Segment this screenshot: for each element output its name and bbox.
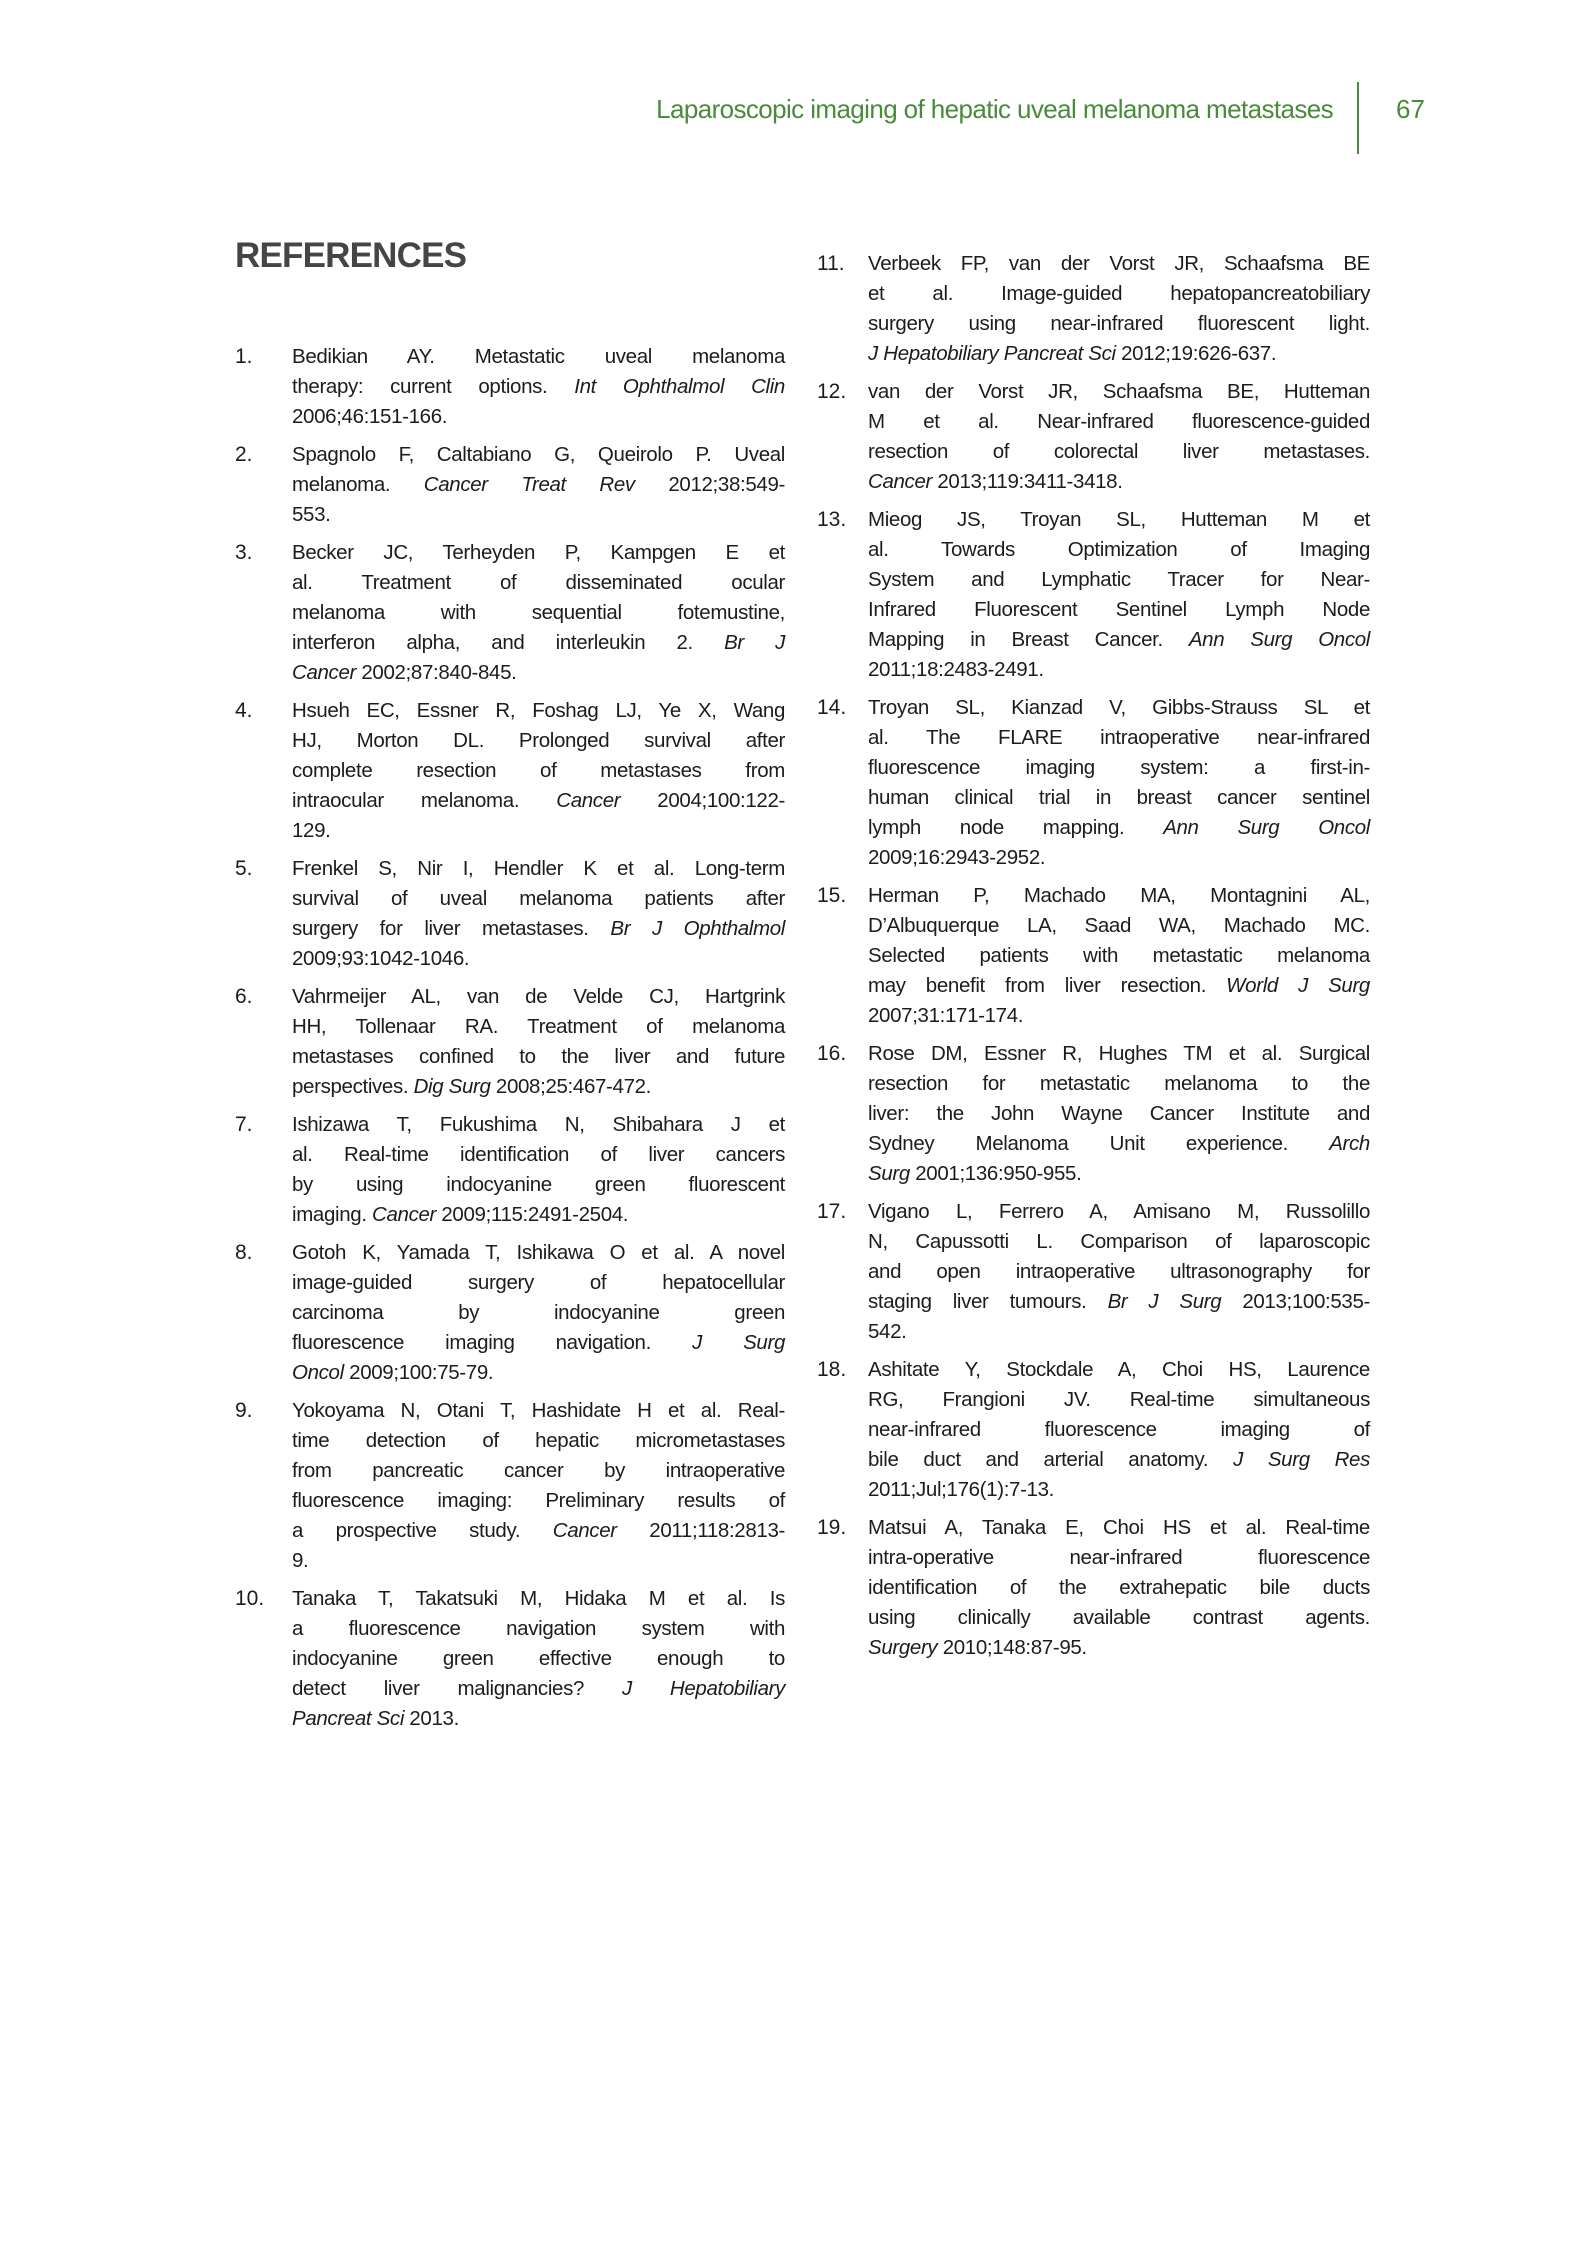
reference-item: 18.Ashitate Y, Stockdale A, Choi HS, Lau… xyxy=(817,1355,1367,1505)
reference-line: Mieog JS, Troyan SL, Hutteman M et xyxy=(868,505,1370,535)
reference-line: therapy: current options. Int Ophthalmol… xyxy=(292,372,785,402)
reference-line: may benefit from liver resection. World … xyxy=(868,971,1370,1001)
reference-segment: al. Real-time identification of liver ca… xyxy=(292,1143,785,1166)
reference-segment: al. Towards Optimization of Imaging xyxy=(868,538,1370,561)
reference-segment: resection of colorectal liver metastases… xyxy=(868,440,1370,463)
reference-line: 9. xyxy=(292,1546,785,1576)
reference-item: 8.Gotoh K, Yamada T, Ishikawa O et al. A… xyxy=(235,1238,785,1388)
reference-number: 13. xyxy=(817,505,846,535)
reference-line: Infrared Fluorescent Sentinel Lymph Node xyxy=(868,595,1370,625)
reference-text: Matsui A, Tanaka E, Choi HS et al. Real-… xyxy=(868,1513,1370,1663)
reference-line: Herman P, Machado MA, Montagnini AL, xyxy=(868,881,1370,911)
reference-item: 1.Bedikian AY. Metastatic uveal melanoma… xyxy=(235,342,785,432)
reference-segment: Troyan SL, Kianzad V, Gibbs-Strauss SL e… xyxy=(868,696,1370,719)
reference-segment: Hsueh EC, Essner R, Foshag LJ, Ye X, Wan… xyxy=(292,699,785,722)
reference-line: detect liver malignancies? J Hepatobilia… xyxy=(292,1674,785,1704)
reference-segment: 2001;136:950-955. xyxy=(910,1162,1082,1185)
reference-item: 2.Spagnolo F, Caltabiano G, Queirolo P. … xyxy=(235,440,785,530)
reference-text: Vigano L, Ferrero A, Amisano M, Russolil… xyxy=(868,1197,1370,1347)
reference-line: 2009;93:1042-1046. xyxy=(292,944,785,974)
reference-number: 6. xyxy=(235,982,253,1012)
reference-segment: 2013. xyxy=(404,1707,459,1730)
reference-segment: HJ, Morton DL. Prolonged survival after xyxy=(292,729,785,752)
reference-item: 15.Herman P, Machado MA, Montagnini AL,D… xyxy=(817,881,1367,1031)
reference-text: Bedikian AY. Metastatic uveal melanomath… xyxy=(292,342,785,432)
reference-segment: staging liver tumours. xyxy=(868,1290,1108,1313)
journal-name: Cancer xyxy=(868,470,932,493)
reference-line: 2011;18:2483-2491. xyxy=(868,655,1370,685)
reference-line: interferon alpha, and interleukin 2. Br … xyxy=(292,628,785,658)
reference-line: intraocular melanoma. Cancer 2004;100:12… xyxy=(292,786,785,816)
reference-segment: a prospective study. xyxy=(292,1519,553,1542)
reference-line: Verbeek FP, van der Vorst JR, Schaafsma … xyxy=(868,249,1370,279)
reference-segment: Herman P, Machado MA, Montagnini AL, xyxy=(868,884,1370,907)
reference-segment: liver: the John Wayne Cancer Institute a… xyxy=(868,1102,1370,1125)
references-column-left: 1.Bedikian AY. Metastatic uveal melanoma… xyxy=(235,342,785,1742)
reference-segment: Vigano L, Ferrero A, Amisano M, Russolil… xyxy=(868,1200,1370,1223)
reference-line: lymph node mapping. Ann Surg Oncol xyxy=(868,813,1370,843)
reference-line: Becker JC, Terheyden P, Kampgen E et xyxy=(292,538,785,568)
reference-segment: 2009;16:2943-2952. xyxy=(868,846,1045,869)
reference-segment: indocyanine green effective enough to xyxy=(292,1647,785,1670)
reference-text: Yokoyama N, Otani T, Hashidate H et al. … xyxy=(292,1396,785,1576)
reference-segment: Selected patients with metastatic melano… xyxy=(868,944,1370,967)
reference-line: liver: the John Wayne Cancer Institute a… xyxy=(868,1099,1370,1129)
reference-line: D’Albuquerque LA, Saad WA, Machado MC. xyxy=(868,911,1370,941)
reference-line: resection for metastatic melanoma to the xyxy=(868,1069,1370,1099)
reference-text: Becker JC, Terheyden P, Kampgen E etal. … xyxy=(292,538,785,688)
reference-line: Matsui A, Tanaka E, Choi HS et al. Real-… xyxy=(868,1513,1370,1543)
reference-segment: Ishizawa T, Fukushima N, Shibahara J et xyxy=(292,1113,785,1136)
reference-text: Herman P, Machado MA, Montagnini AL,D’Al… xyxy=(868,881,1370,1031)
reference-line: System and Lymphatic Tracer for Near- xyxy=(868,565,1370,595)
reference-line: human clinical trial in breast cancer se… xyxy=(868,783,1370,813)
reference-segment: 2011;118:2813- xyxy=(617,1519,785,1542)
reference-line: from pancreatic cancer by intraoperative xyxy=(292,1456,785,1486)
reference-line: Bedikian AY. Metastatic uveal melanoma xyxy=(292,342,785,372)
reference-segment: 2012;38:549- xyxy=(635,473,785,496)
reference-line: complete resection of metastases from xyxy=(292,756,785,786)
journal-name: J Surg xyxy=(692,1331,785,1354)
reference-number: 11. xyxy=(817,249,845,279)
reference-item: 10.Tanaka T, Takatsuki M, Hidaka M et al… xyxy=(235,1584,785,1734)
reference-line: Surg 2001;136:950-955. xyxy=(868,1159,1370,1189)
reference-segment: identification of the extrahepatic bile … xyxy=(868,1576,1370,1599)
journal-name: Cancer Treat Rev xyxy=(424,473,635,496)
reference-item: 4.Hsueh EC, Essner R, Foshag LJ, Ye X, W… xyxy=(235,696,785,846)
reference-text: Troyan SL, Kianzad V, Gibbs-Strauss SL e… xyxy=(868,693,1370,873)
reference-segment: using clinically available contrast agen… xyxy=(868,1606,1370,1629)
reference-line: HJ, Morton DL. Prolonged survival after xyxy=(292,726,785,756)
reference-segment: RG, Frangioni JV. Real-time simultaneous xyxy=(868,1388,1370,1411)
reference-segment: 129. xyxy=(292,819,331,842)
reference-line: Frenkel S, Nir I, Hendler K et al. Long-… xyxy=(292,854,785,884)
reference-segment: Infrared Fluorescent Sentinel Lymph Node xyxy=(868,598,1370,621)
reference-segment: al. Treatment of disseminated ocular xyxy=(292,571,785,594)
reference-number: 7. xyxy=(235,1110,253,1140)
journal-name: Surg xyxy=(868,1162,910,1185)
reference-segment: and open intraoperative ultrasonography … xyxy=(868,1260,1370,1283)
reference-segment: from pancreatic cancer by intraoperative xyxy=(292,1459,785,1482)
reference-line: surgery for liver metastases. Br J Ophth… xyxy=(292,914,785,944)
reference-line: metastases confined to the liver and fut… xyxy=(292,1042,785,1072)
page-number: 67 xyxy=(1396,92,1425,126)
journal-name: Surgery xyxy=(868,1636,937,1659)
reference-line: HH, Tollenaar RA. Treatment of melanoma xyxy=(292,1012,785,1042)
reference-line: image-guided surgery of hepatocellular xyxy=(292,1268,785,1298)
reference-text: Mieog JS, Troyan SL, Hutteman M etal. To… xyxy=(868,505,1370,685)
reference-text: Verbeek FP, van der Vorst JR, Schaafsma … xyxy=(868,249,1370,369)
reference-line: bile duct and arterial anatomy. J Surg R… xyxy=(868,1445,1370,1475)
reference-segment: van der Vorst JR, Schaafsma BE, Hutteman xyxy=(868,380,1370,403)
reference-text: Rose DM, Essner R, Hughes TM et al. Surg… xyxy=(868,1039,1370,1189)
reference-line: Sydney Melanoma Unit experience. Arch xyxy=(868,1129,1370,1159)
references-column-right: 11.Verbeek FP, van der Vorst JR, Schaafs… xyxy=(817,249,1367,1671)
reference-segment: carcinoma by indocyanine green xyxy=(292,1301,785,1324)
reference-line: 553. xyxy=(292,500,785,530)
reference-segment: Bedikian AY. Metastatic uveal melanoma xyxy=(292,345,785,368)
reference-segment: M et al. Near-infrared fluorescence-guid… xyxy=(868,410,1370,433)
reference-segment: survival of uveal melanoma patients afte… xyxy=(292,887,785,910)
reference-line: al. The FLARE intraoperative near-infrar… xyxy=(868,723,1370,753)
reference-segment: Vahrmeijer AL, van de Velde CJ, Hartgrin… xyxy=(292,985,785,1008)
reference-segment: 2012;19:626-637. xyxy=(1116,342,1276,365)
reference-segment: Spagnolo F, Caltabiano G, Queirolo P. Uv… xyxy=(292,443,785,466)
reference-item: 9.Yokoyama N, Otani T, Hashidate H et al… xyxy=(235,1396,785,1576)
reference-segment: Mieog JS, Troyan SL, Hutteman M et xyxy=(868,508,1370,531)
reference-item: 5.Frenkel S, Nir I, Hendler K et al. Lon… xyxy=(235,854,785,974)
reference-segment: intra-operative near-infrared fluorescen… xyxy=(868,1546,1370,1569)
reference-line: al. Towards Optimization of Imaging xyxy=(868,535,1370,565)
journal-name: World J Surg xyxy=(1226,974,1370,997)
journal-name: Br J Ophthalmol xyxy=(610,917,785,940)
reference-segment: fluorescence imaging: Preliminary result… xyxy=(292,1489,785,1512)
journal-name: Cancer xyxy=(292,661,356,684)
reference-item: 19.Matsui A, Tanaka E, Choi HS et al. Re… xyxy=(817,1513,1367,1663)
journal-name: Oncol xyxy=(292,1361,344,1384)
reference-line: RG, Frangioni JV. Real-time simultaneous xyxy=(868,1385,1370,1415)
reference-line: survival of uveal melanoma patients afte… xyxy=(292,884,785,914)
reference-number: 15. xyxy=(817,881,846,911)
reference-line: Yokoyama N, Otani T, Hashidate H et al. … xyxy=(292,1396,785,1426)
reference-segment: melanoma with sequential fotemustine, xyxy=(292,601,785,624)
reference-segment: surgery for liver metastases. xyxy=(292,917,610,940)
reference-line: fluorescence imaging navigation. J Surg xyxy=(292,1328,785,1358)
reference-segment: detect liver malignancies? xyxy=(292,1677,622,1700)
reference-line: J Hepatobiliary Pancreat Sci 2012;19:626… xyxy=(868,339,1370,369)
journal-name: Cancer xyxy=(556,789,620,812)
reference-segment: Ashitate Y, Stockdale A, Choi HS, Lauren… xyxy=(868,1358,1370,1381)
reference-segment: by using indocyanine green fluorescent xyxy=(292,1173,785,1196)
reference-line: Rose DM, Essner R, Hughes TM et al. Surg… xyxy=(868,1039,1370,1069)
reference-line: indocyanine green effective enough to xyxy=(292,1644,785,1674)
reference-number: 14. xyxy=(817,693,846,723)
reference-segment: image-guided surgery of hepatocellular xyxy=(292,1271,785,1294)
reference-segment: perspectives. xyxy=(292,1075,414,1098)
reference-segment: System and Lymphatic Tracer for Near- xyxy=(868,568,1370,591)
reference-segment: a fluorescence navigation system with xyxy=(292,1617,785,1640)
reference-segment: al. The FLARE intraoperative near-infrar… xyxy=(868,726,1370,749)
reference-segment: 2010;148:87-95. xyxy=(937,1636,1086,1659)
journal-name: J Hepatobiliary xyxy=(622,1677,785,1700)
reference-text: van der Vorst JR, Schaafsma BE, Hutteman… xyxy=(868,377,1370,497)
reference-segment: time detection of hepatic micrometastase… xyxy=(292,1429,785,1452)
reference-segment: D’Albuquerque LA, Saad WA, Machado MC. xyxy=(868,914,1370,937)
reference-line: Selected patients with metastatic melano… xyxy=(868,941,1370,971)
reference-segment: 2009;115:2491-2504. xyxy=(436,1203,628,1226)
reference-segment: melanoma. xyxy=(292,473,424,496)
reference-segment: Rose DM, Essner R, Hughes TM et al. Surg… xyxy=(868,1042,1370,1065)
reference-line: 542. xyxy=(868,1317,1370,1347)
reference-line: al. Real-time identification of liver ca… xyxy=(292,1140,785,1170)
reference-number: 9. xyxy=(235,1396,253,1426)
reference-line: Oncol 2009;100:75-79. xyxy=(292,1358,785,1388)
reference-line: near-infrared fluorescence imaging of xyxy=(868,1415,1370,1445)
reference-text: Gotoh K, Yamada T, Ishikawa O et al. A n… xyxy=(292,1238,785,1388)
reference-number: 1. xyxy=(235,342,253,372)
reference-item: 16.Rose DM, Essner R, Hughes TM et al. S… xyxy=(817,1039,1367,1189)
reference-segment: bile duct and arterial anatomy. xyxy=(868,1448,1233,1471)
reference-segment: resection for metastatic melanoma to the xyxy=(868,1072,1370,1095)
reference-number: 18. xyxy=(817,1355,846,1385)
reference-segment: fluorescence imaging navigation. xyxy=(292,1331,692,1354)
reference-segment: 2011;18:2483-2491. xyxy=(868,658,1044,681)
journal-name: Cancer xyxy=(553,1519,617,1542)
journal-name: Br J xyxy=(724,631,785,654)
reference-line: melanoma. Cancer Treat Rev 2012;38:549- xyxy=(292,470,785,500)
reference-line: al. Treatment of disseminated ocular xyxy=(292,568,785,598)
reference-segment: therapy: current options. xyxy=(292,375,574,398)
reference-line: Surgery 2010;148:87-95. xyxy=(868,1633,1370,1663)
reference-segment: fluorescence imaging system: a first-in- xyxy=(868,756,1370,779)
reference-line: staging liver tumours. Br J Surg 2013;10… xyxy=(868,1287,1370,1317)
reference-line: Hsueh EC, Essner R, Foshag LJ, Ye X, Wan… xyxy=(292,696,785,726)
reference-line: 2007;31:171-174. xyxy=(868,1001,1370,1031)
journal-name: Br J Surg xyxy=(1108,1290,1222,1313)
reference-segment: Gotoh K, Yamada T, Ishikawa O et al. A n… xyxy=(292,1241,785,1264)
reference-segment: 2009;100:75-79. xyxy=(344,1361,493,1384)
reference-item: 13.Mieog JS, Troyan SL, Hutteman M etal.… xyxy=(817,505,1367,685)
reference-segment: 2013;100:535- xyxy=(1221,1290,1370,1313)
reference-line: resection of colorectal liver metastases… xyxy=(868,437,1370,467)
reference-number: 3. xyxy=(235,538,253,568)
reference-segment: Mapping in Breast Cancer. xyxy=(868,628,1189,651)
reference-number: 5. xyxy=(235,854,253,884)
reference-line: time detection of hepatic micrometastase… xyxy=(292,1426,785,1456)
reference-line: N, Capussotti L. Comparison of laparosco… xyxy=(868,1227,1370,1257)
reference-line: Gotoh K, Yamada T, Ishikawa O et al. A n… xyxy=(292,1238,785,1268)
reference-line: a prospective study. Cancer 2011;118:281… xyxy=(292,1516,785,1546)
journal-name: Arch xyxy=(1329,1132,1370,1155)
reference-segment: Tanaka T, Takatsuki M, Hidaka M et al. I… xyxy=(292,1587,785,1610)
reference-text: Ishizawa T, Fukushima N, Shibahara J eta… xyxy=(292,1110,785,1230)
reference-line: Troyan SL, Kianzad V, Gibbs-Strauss SL e… xyxy=(868,693,1370,723)
reference-line: intra-operative near-infrared fluorescen… xyxy=(868,1543,1370,1573)
reference-text: Spagnolo F, Caltabiano G, Queirolo P. Uv… xyxy=(292,440,785,530)
reference-segment: Becker JC, Terheyden P, Kampgen E et xyxy=(292,541,785,564)
reference-segment: interferon alpha, and interleukin 2. xyxy=(292,631,724,654)
reference-line: identification of the extrahepatic bile … xyxy=(868,1573,1370,1603)
reference-number: 12. xyxy=(817,377,846,407)
reference-line: perspectives. Dig Surg 2008;25:467-472. xyxy=(292,1072,785,1102)
reference-line: by using indocyanine green fluorescent xyxy=(292,1170,785,1200)
reference-line: M et al. Near-infrared fluorescence-guid… xyxy=(868,407,1370,437)
reference-line: van der Vorst JR, Schaafsma BE, Hutteman xyxy=(868,377,1370,407)
reference-segment: 2002;87:840-845. xyxy=(356,661,516,684)
reference-line: et al. Image-guided hepatopancreatobilia… xyxy=(868,279,1370,309)
reference-line: carcinoma by indocyanine green xyxy=(292,1298,785,1328)
reference-segment: 2006;46:151-166. xyxy=(292,405,447,428)
reference-line: a fluorescence navigation system with xyxy=(292,1614,785,1644)
reference-segment: 2004;100:122- xyxy=(620,789,785,812)
reference-number: 10. xyxy=(235,1584,264,1614)
reference-segment: imaging. xyxy=(292,1203,372,1226)
reference-segment: N, Capussotti L. Comparison of laparosco… xyxy=(868,1230,1370,1253)
reference-line: melanoma with sequential fotemustine, xyxy=(292,598,785,628)
reference-item: 7.Ishizawa T, Fukushima N, Shibahara J e… xyxy=(235,1110,785,1230)
reference-line: imaging. Cancer 2009;115:2491-2504. xyxy=(292,1200,785,1230)
reference-segment: 2013;119:3411-3418. xyxy=(932,470,1123,493)
reference-segment: 553. xyxy=(292,503,331,526)
reference-item: 6.Vahrmeijer AL, van de Velde CJ, Hartgr… xyxy=(235,982,785,1102)
reference-text: Ashitate Y, Stockdale A, Choi HS, Lauren… xyxy=(868,1355,1370,1505)
journal-name: Ann Surg Oncol xyxy=(1163,816,1370,839)
reference-number: 17. xyxy=(817,1197,846,1227)
reference-line: Ashitate Y, Stockdale A, Choi HS, Lauren… xyxy=(868,1355,1370,1385)
reference-segment: 9. xyxy=(292,1549,308,1572)
reference-segment: near-infrared fluorescence imaging of xyxy=(868,1418,1370,1441)
section-title: REFERENCES xyxy=(235,236,466,276)
reference-line: fluorescence imaging: Preliminary result… xyxy=(292,1486,785,1516)
reference-segment: lymph node mapping. xyxy=(868,816,1163,839)
journal-name: Ann Surg Oncol xyxy=(1189,628,1370,651)
reference-line: Ishizawa T, Fukushima N, Shibahara J et xyxy=(292,1110,785,1140)
reference-segment: human clinical trial in breast cancer se… xyxy=(868,786,1370,809)
reference-segment: intraocular melanoma. xyxy=(292,789,556,812)
journal-name: J Surg Res xyxy=(1233,1448,1370,1471)
reference-segment: surgery using near-infrared fluorescent … xyxy=(868,312,1370,335)
reference-line: Mapping in Breast Cancer. Ann Surg Oncol xyxy=(868,625,1370,655)
reference-line: Tanaka T, Takatsuki M, Hidaka M et al. I… xyxy=(292,1584,785,1614)
journal-name: Dig Surg xyxy=(414,1075,491,1098)
reference-line: and open intraoperative ultrasonography … xyxy=(868,1257,1370,1287)
reference-segment: 2007;31:171-174. xyxy=(868,1004,1023,1027)
reference-line: 2009;16:2943-2952. xyxy=(868,843,1370,873)
reference-line: using clinically available contrast agen… xyxy=(868,1603,1370,1633)
reference-number: 16. xyxy=(817,1039,846,1069)
journal-name: Pancreat Sci xyxy=(292,1707,404,1730)
reference-segment: Verbeek FP, van der Vorst JR, Schaafsma … xyxy=(868,252,1370,275)
reference-segment: HH, Tollenaar RA. Treatment of melanoma xyxy=(292,1015,785,1038)
reference-line: Cancer 2013;119:3411-3418. xyxy=(868,467,1370,497)
reference-number: 2. xyxy=(235,440,253,470)
reference-segment: complete resection of metastases from xyxy=(292,759,785,782)
reference-segment: 2008;25:467-472. xyxy=(491,1075,651,1098)
reference-line: 129. xyxy=(292,816,785,846)
journal-name: Int Ophthalmol Clin xyxy=(574,375,785,398)
reference-segment: may benefit from liver resection. xyxy=(868,974,1226,997)
reference-line: Vigano L, Ferrero A, Amisano M, Russolil… xyxy=(868,1197,1370,1227)
reference-text: Frenkel S, Nir I, Hendler K et al. Long-… xyxy=(292,854,785,974)
reference-line: surgery using near-infrared fluorescent … xyxy=(868,309,1370,339)
reference-item: 12.van der Vorst JR, Schaafsma BE, Hutte… xyxy=(817,377,1367,497)
reference-segment: Matsui A, Tanaka E, Choi HS et al. Real-… xyxy=(868,1516,1370,1539)
reference-segment: Yokoyama N, Otani T, Hashidate H et al. … xyxy=(292,1399,785,1422)
reference-item: 14.Troyan SL, Kianzad V, Gibbs-Strauss S… xyxy=(817,693,1367,873)
reference-segment: metastases confined to the liver and fut… xyxy=(292,1045,785,1068)
reference-segment: 2009;93:1042-1046. xyxy=(292,947,469,970)
reference-segment: et al. Image-guided hepatopancreatobilia… xyxy=(868,282,1370,305)
reference-text: Vahrmeijer AL, van de Velde CJ, Hartgrin… xyxy=(292,982,785,1102)
journal-name: J Hepatobiliary Pancreat Sci xyxy=(868,342,1116,365)
reference-item: 17.Vigano L, Ferrero A, Amisano M, Russo… xyxy=(817,1197,1367,1347)
reference-text: Hsueh EC, Essner R, Foshag LJ, Ye X, Wan… xyxy=(292,696,785,846)
reference-line: 2006;46:151-166. xyxy=(292,402,785,432)
header-divider xyxy=(1357,82,1359,154)
reference-text: Tanaka T, Takatsuki M, Hidaka M et al. I… xyxy=(292,1584,785,1734)
reference-number: 19. xyxy=(817,1513,846,1543)
journal-name: Cancer xyxy=(372,1203,436,1226)
running-title: Laparoscopic imaging of hepatic uveal me… xyxy=(656,92,1333,126)
reference-line: Cancer 2002;87:840-845. xyxy=(292,658,785,688)
reference-segment: 2011;Jul;176(1):7-13. xyxy=(868,1478,1054,1501)
reference-line: fluorescence imaging system: a first-in- xyxy=(868,753,1370,783)
reference-line: Vahrmeijer AL, van de Velde CJ, Hartgrin… xyxy=(292,982,785,1012)
reference-item: 11.Verbeek FP, van der Vorst JR, Schaafs… xyxy=(817,249,1367,369)
reference-item: 3.Becker JC, Terheyden P, Kampgen E etal… xyxy=(235,538,785,688)
reference-segment: 542. xyxy=(868,1320,907,1343)
reference-line: 2011;Jul;176(1):7-13. xyxy=(868,1475,1370,1505)
reference-line: Pancreat Sci 2013. xyxy=(292,1704,785,1734)
reference-segment: Frenkel S, Nir I, Hendler K et al. Long-… xyxy=(292,857,785,880)
reference-line: Spagnolo F, Caltabiano G, Queirolo P. Uv… xyxy=(292,440,785,470)
reference-number: 4. xyxy=(235,696,253,726)
reference-segment: Sydney Melanoma Unit experience. xyxy=(868,1132,1329,1155)
reference-number: 8. xyxy=(235,1238,253,1268)
